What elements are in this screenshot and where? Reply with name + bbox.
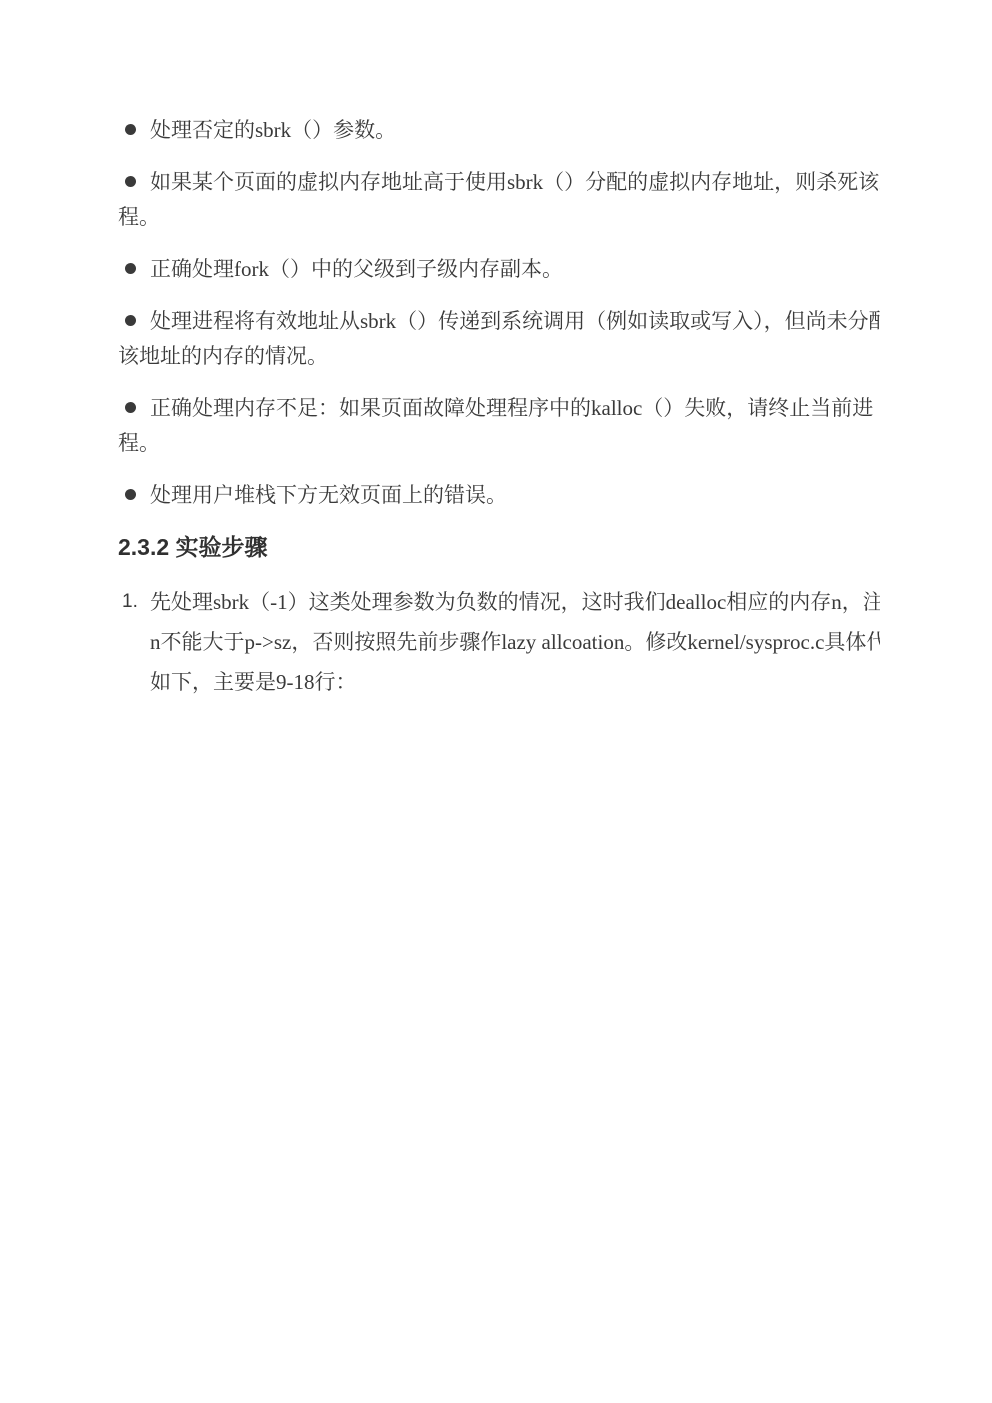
bullet-list-item: 正确处理内存不足：如果页面故障处理程序中的kalloc（）失败，请终止当前进 程… xyxy=(118,391,880,461)
bullet-line-text: 处理用户堆栈下方无效页面上的错误。 xyxy=(150,483,507,507)
bullet-dot-icon xyxy=(125,315,136,326)
list-item-number: 1. xyxy=(122,582,138,622)
bullet-dot-icon xyxy=(125,402,136,413)
bullet-line-continuation: 程。 xyxy=(118,426,880,461)
bullet-line: 处理否定的sbrk（）参数。 xyxy=(118,113,880,148)
page-content: 处理否定的sbrk（）参数。 如果某个页面的虚拟内存地址高于使用sbrk（）分配… xyxy=(118,113,880,702)
bullet-line: 正确处理内存不足：如果页面故障处理程序中的kalloc（）失败，请终止当前进 xyxy=(118,391,880,426)
bullet-line-text: 处理否定的sbrk（）参数。 xyxy=(150,118,396,142)
bullet-line-continuation: 该地址的内存的情况。 xyxy=(118,339,880,374)
step-line-text: 如下，主要是9-18行： xyxy=(150,670,357,694)
bullet-line-text: 如果某个页面的虚拟内存地址高于使用sbrk（）分配的虚拟内存地址，则杀死该进 xyxy=(150,170,880,194)
bullet-line-text: 该地址的内存的情况。 xyxy=(118,344,328,368)
bullet-line-text: 正确处理fork（）中的父级到子级内存副本。 xyxy=(150,257,563,281)
bullet-line: 处理用户堆栈下方无效页面上的错误。 xyxy=(118,478,880,513)
bullet-line: 正确处理fork（）中的父级到子级内存副本。 xyxy=(118,252,880,287)
bullet-dot-icon xyxy=(125,489,136,500)
bullet-line: 如果某个页面的虚拟内存地址高于使用sbrk（）分配的虚拟内存地址，则杀死该进 xyxy=(118,165,880,200)
bullet-line-text: 正确处理内存不足：如果页面故障处理程序中的kalloc（）失败，请终止当前进 xyxy=(150,396,873,420)
bullet-list-item: 处理用户堆栈下方无效页面上的错误。 xyxy=(118,478,880,513)
bullet-list-item: 处理进程将有效地址从sbrk（）传递到系统调用（例如读取或写入），但尚未分配 该… xyxy=(118,304,880,374)
bullet-list-item: 正确处理fork（）中的父级到子级内存副本。 xyxy=(118,252,880,287)
section-heading: 2.3.2 实验步骤 xyxy=(118,530,880,565)
step-line-text: n不能大于p->sz，否则按照先前步骤作lazy allcoation。修改ke… xyxy=(150,630,880,654)
bullet-line: 处理进程将有效地址从sbrk（）传递到系统调用（例如读取或写入），但尚未分配 xyxy=(118,304,880,339)
step-line-text: 先处理sbrk（-1）这类处理参数为负数的情况，这时我们dealloc相应的内存… xyxy=(150,590,880,614)
numbered-list-item: 1. 先处理sbrk（-1）这类处理参数为负数的情况，这时我们dealloc相应… xyxy=(118,582,880,702)
bullet-dot-icon xyxy=(125,263,136,274)
bullet-line-text: 处理进程将有效地址从sbrk（）传递到系统调用（例如读取或写入），但尚未分配 xyxy=(150,309,880,333)
step-line: n不能大于p->sz，否则按照先前步骤作lazy allcoation。修改ke… xyxy=(150,622,880,662)
bullet-line-text: 程。 xyxy=(118,205,160,229)
bullet-list-item: 如果某个页面的虚拟内存地址高于使用sbrk（）分配的虚拟内存地址，则杀死该进 程… xyxy=(118,165,880,235)
bullet-line-text: 程。 xyxy=(118,431,160,455)
document-page: 处理否定的sbrk（）参数。 如果某个页面的虚拟内存地址高于使用sbrk（）分配… xyxy=(0,0,992,1403)
step-line: 如下，主要是9-18行： xyxy=(150,662,880,702)
bullet-list-item: 处理否定的sbrk（）参数。 xyxy=(118,113,880,148)
bullet-line-continuation: 程。 xyxy=(118,200,880,235)
bullet-dot-icon xyxy=(125,124,136,135)
step-line: 先处理sbrk（-1）这类处理参数为负数的情况，这时我们dealloc相应的内存… xyxy=(150,582,880,622)
bullet-dot-icon xyxy=(125,176,136,187)
